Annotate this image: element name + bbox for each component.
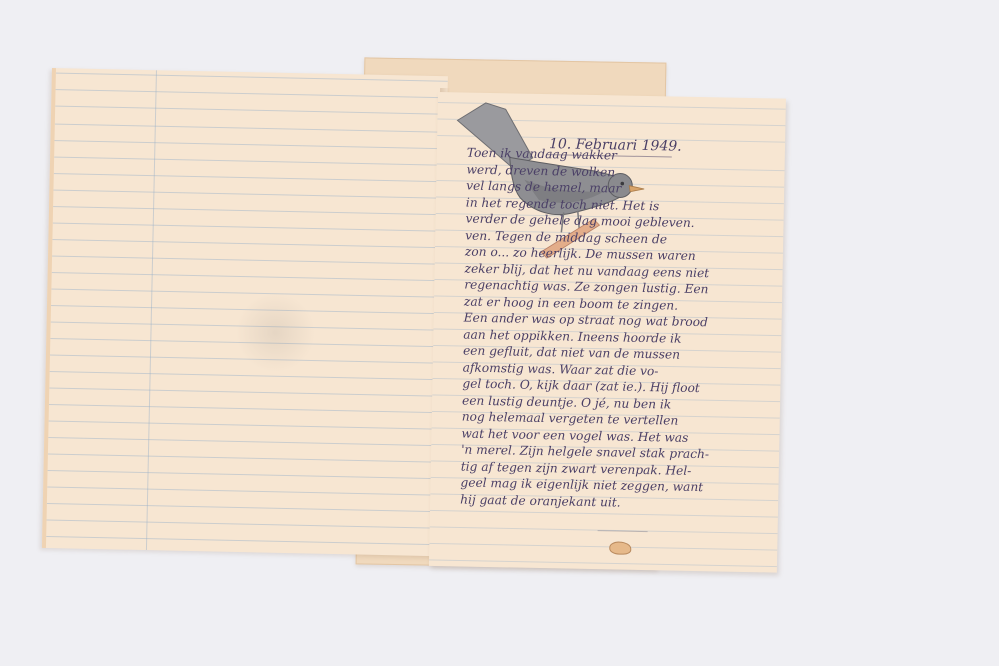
diary-entry-text: Toen ik vandaag wakker werd, dreven de w… <box>460 145 777 514</box>
orange-stain <box>609 541 631 554</box>
notebook-right-page: 10. Februari 1949. Toen ik vandaag wakke… <box>429 92 786 573</box>
notebook-left-page <box>42 68 448 556</box>
photo-scene: 10. Februari 1949. Toen ik vandaag wakke… <box>0 0 999 666</box>
